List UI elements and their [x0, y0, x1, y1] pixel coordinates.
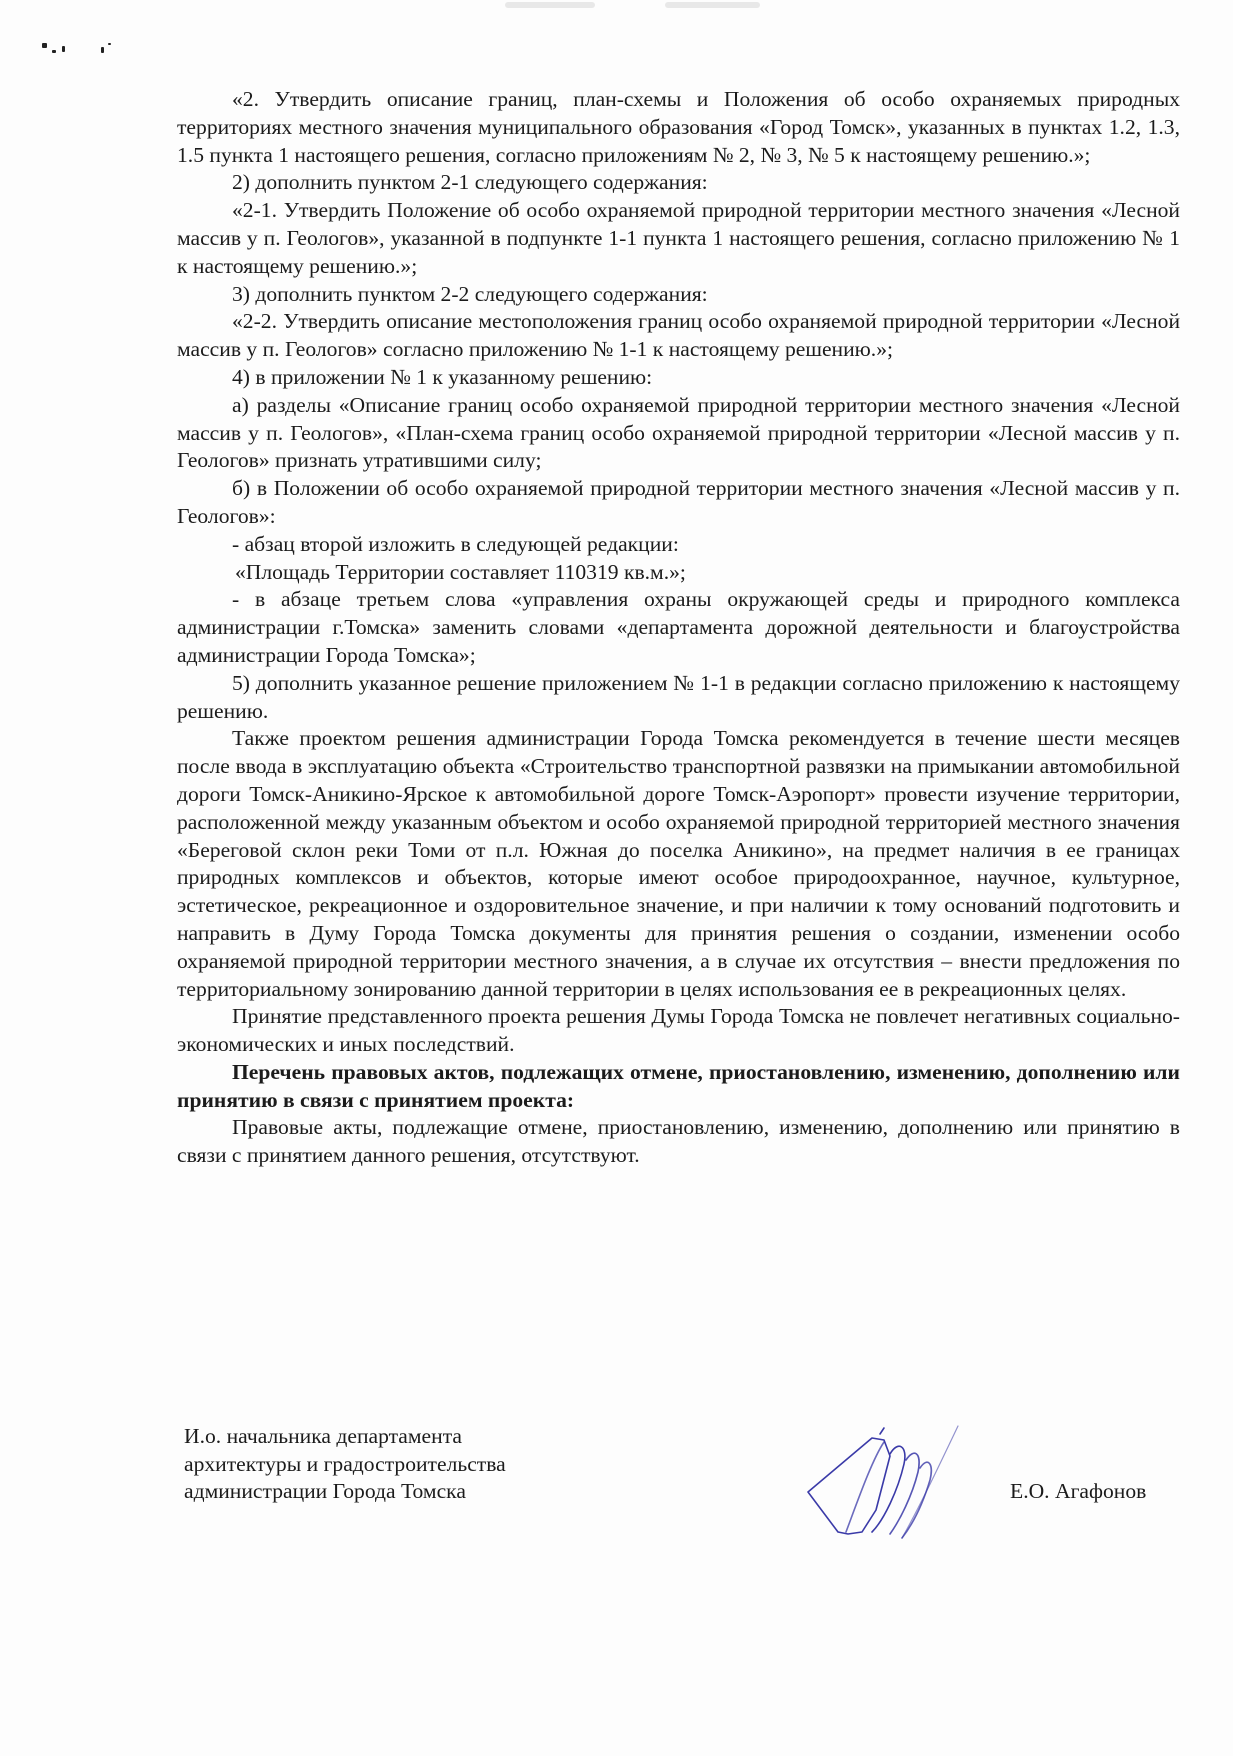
signer-name: Е.О. Агафонов: [1010, 1478, 1146, 1506]
document-body: «2. Утвердить описание границ, план-схем…: [177, 86, 1180, 1170]
paragraph: а) разделы «Описание границ особо охраня…: [177, 392, 1180, 475]
paragraph: «2-1. Утвердить Положение об особо охран…: [177, 197, 1180, 280]
paragraph: «Площадь Территории составляет 110319 кв…: [177, 559, 1180, 587]
scan-artifact-dot: [108, 43, 111, 45]
paragraph: «2-2. Утвердить описание местоположения …: [177, 308, 1180, 364]
paragraph: «2. Утвердить описание границ, план-схем…: [177, 86, 1180, 169]
paragraph: Правовые акты, подлежащие отмене, приост…: [177, 1114, 1180, 1170]
section-heading: Перечень правовых актов, подлежащих отме…: [177, 1059, 1180, 1115]
paragraph: 5) дополнить указанное решение приложени…: [177, 670, 1180, 726]
paragraph: - абзац второй изложить в следующей реда…: [177, 531, 1180, 559]
handwritten-signature-icon: [780, 1420, 960, 1545]
scan-smudge: [505, 2, 595, 8]
scan-artifact-dot: [62, 46, 65, 52]
signer-position-line: администрации Города Томска: [184, 1478, 506, 1506]
paragraph: - в абзаце третьем слова «управления охр…: [177, 586, 1180, 669]
scan-smudge: [665, 2, 760, 8]
paragraph: б) в Положении об особо охраняемой приро…: [177, 475, 1180, 531]
paragraph: Также проектом решения администрации Гор…: [177, 725, 1180, 1003]
signer-position: И.о. начальника департамента архитектуры…: [184, 1423, 506, 1506]
signer-position-line: И.о. начальника департамента: [184, 1423, 506, 1451]
paragraph: Принятие представленного проекта решения…: [177, 1003, 1180, 1059]
scan-artifact-dot: [101, 47, 104, 53]
paragraph: 4) в приложении № 1 к указанному решению…: [177, 364, 1180, 392]
scan-artifact-dot: [42, 43, 47, 48]
signer-position-line: архитектуры и градостроительства: [184, 1451, 506, 1479]
paragraph: 3) дополнить пунктом 2-2 следующего соде…: [177, 281, 1180, 309]
scanned-document-page: «2. Утвердить описание границ, план-схем…: [0, 0, 1233, 1756]
scan-artifact-dot: [52, 50, 56, 53]
paragraph: 2) дополнить пунктом 2-1 следующего соде…: [177, 169, 1180, 197]
